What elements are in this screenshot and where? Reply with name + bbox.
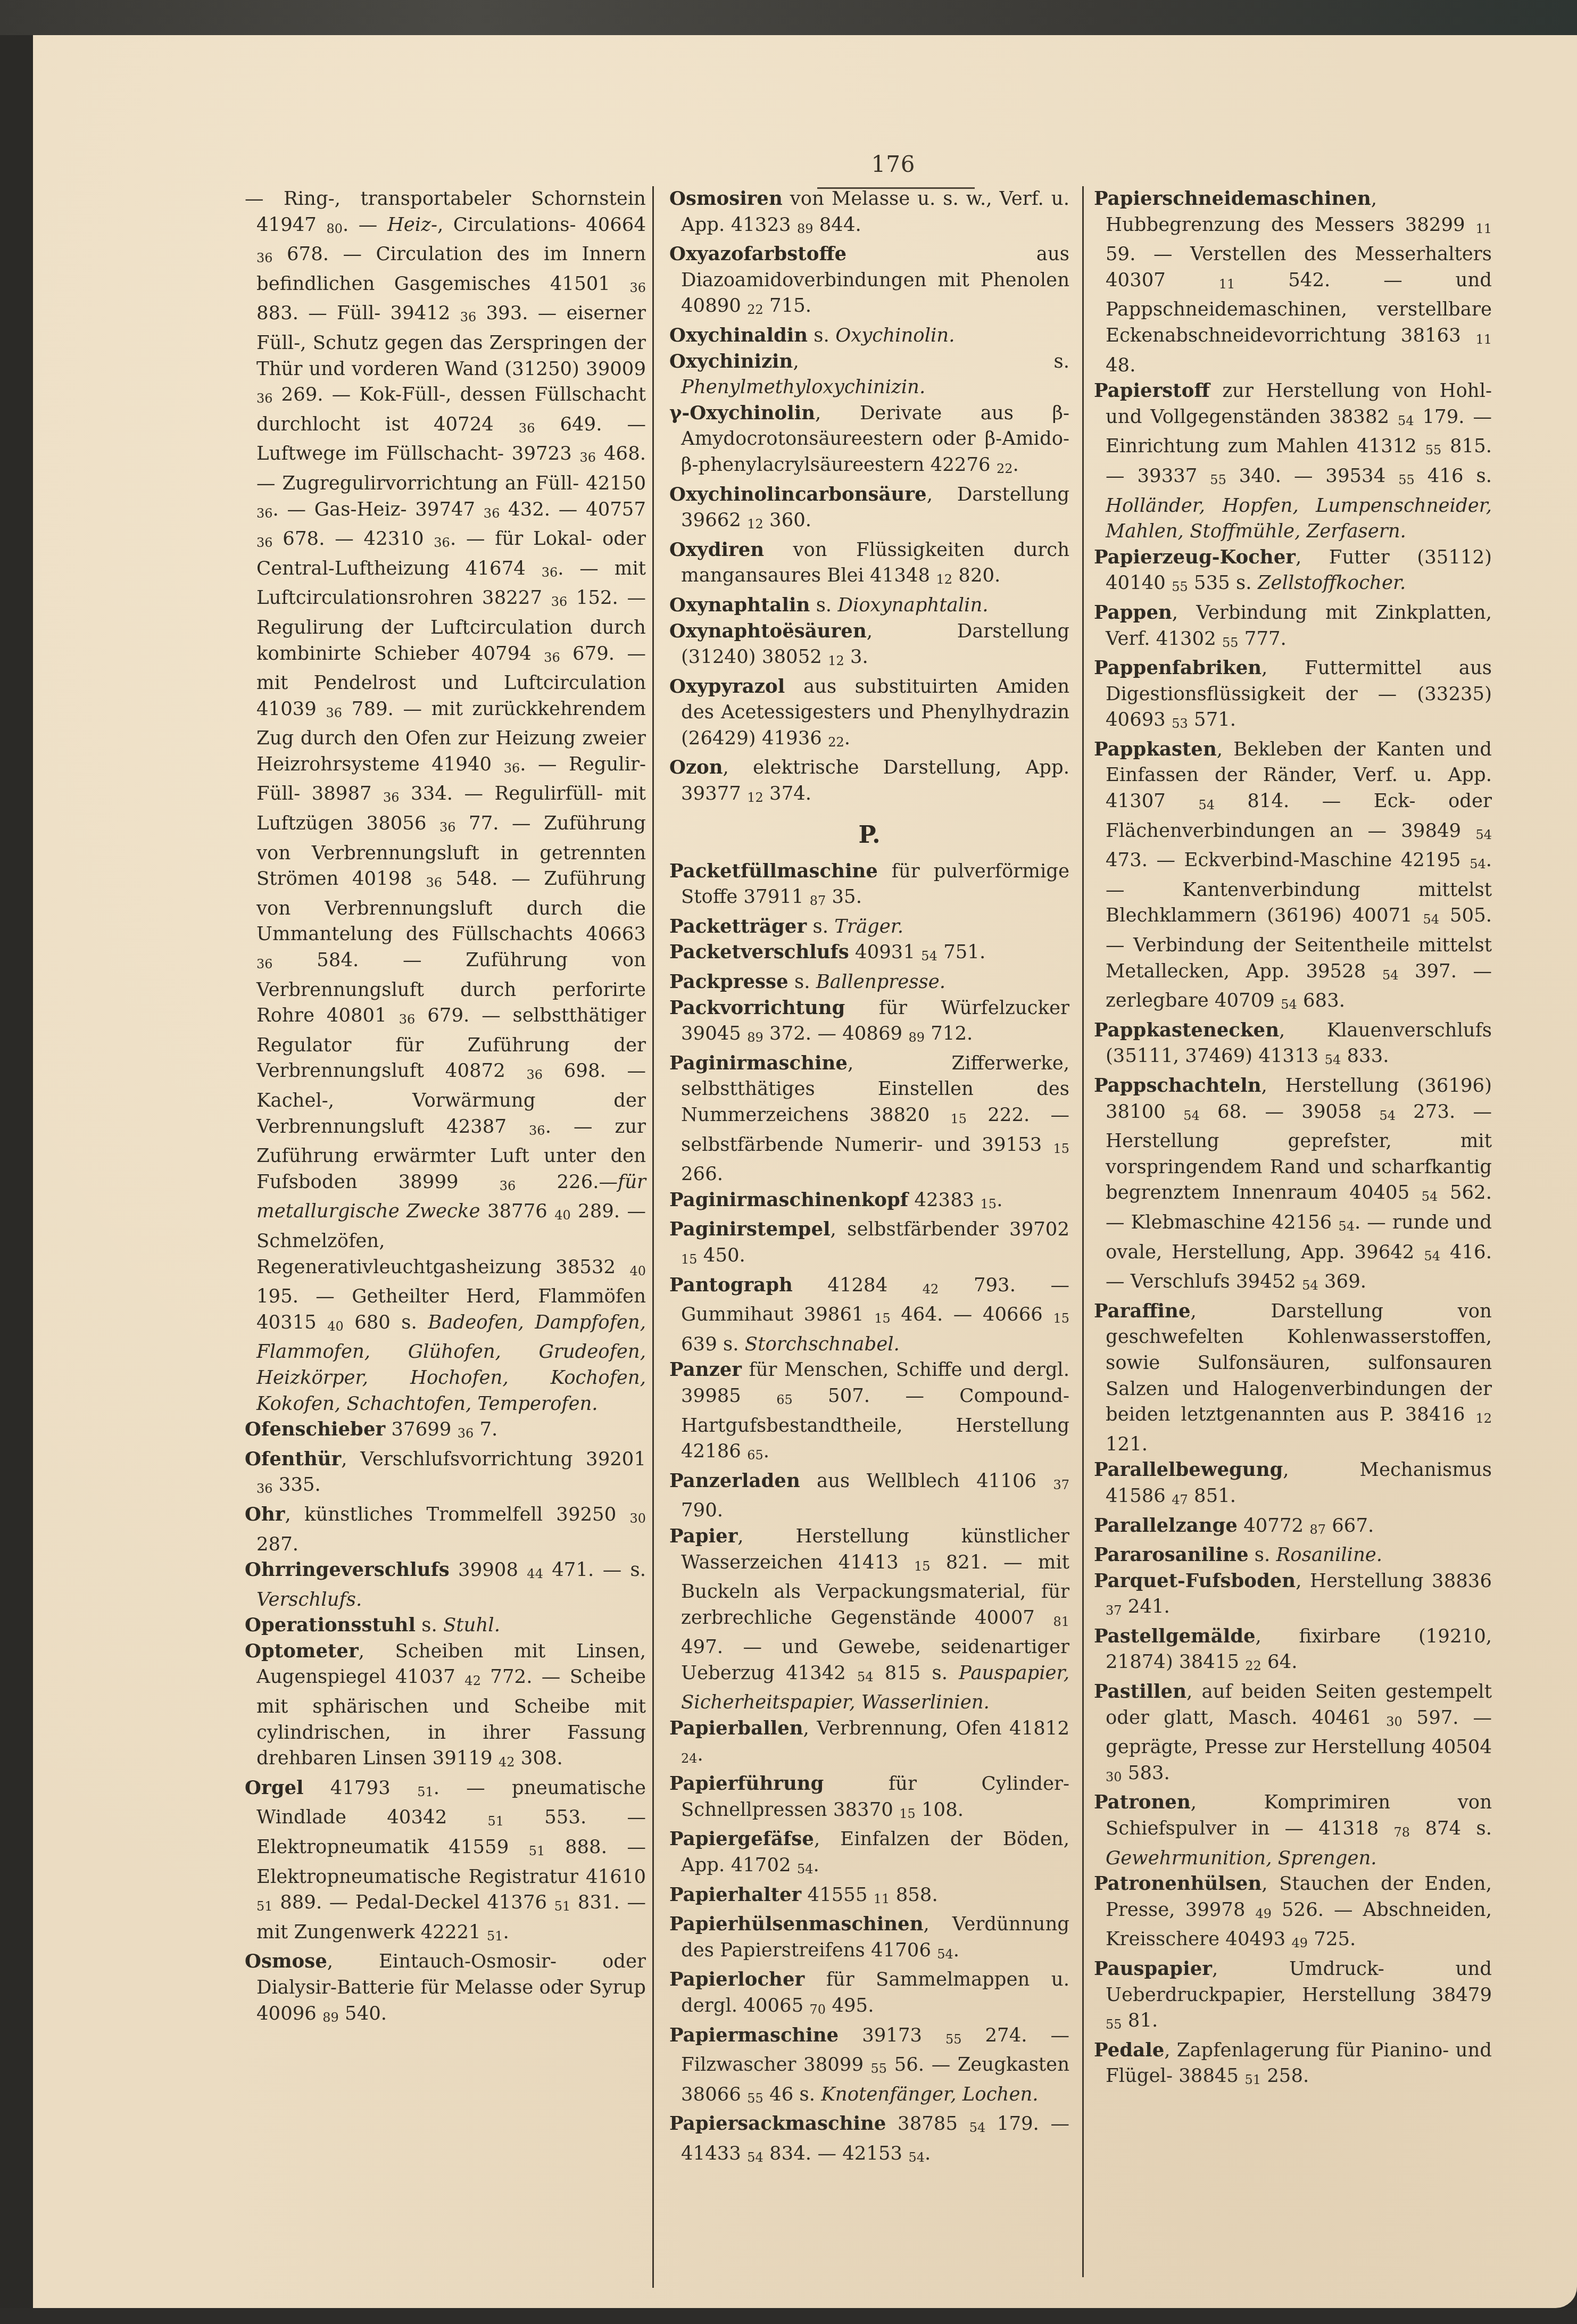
class-number: 36 (551, 594, 568, 609)
entry-text: s. (807, 916, 834, 937)
entry-text: aus Wellblech 41106 (800, 1470, 1053, 1492)
class-number: 36 (458, 1426, 474, 1441)
class-number: 36 (256, 506, 273, 521)
entry-headword: Oxynaphtoësäuren (669, 620, 867, 642)
class-number: 89 (908, 1030, 925, 1045)
index-entry: Pappenfabriken, Futtermittel aus Digesti… (1094, 655, 1492, 737)
class-number: 36 (439, 820, 456, 835)
page-number: 176 (869, 151, 917, 177)
class-number: 54 (1338, 1219, 1355, 1234)
index-entry: Packetträger s. Träger. (669, 914, 1069, 940)
class-number: 49 (1256, 1906, 1272, 1921)
entry-text: 266. (681, 1163, 723, 1185)
entry-text: . (953, 1939, 959, 1961)
column-divider-2 (1082, 186, 1084, 2277)
entry-headword: Osmosiren (669, 188, 783, 210)
class-number: 15 (681, 1252, 698, 1267)
entry-text: 287. (256, 1533, 298, 1555)
entry-headword: Pantograph (669, 1274, 793, 1296)
index-entry: Patronen, Komprimiren von Schiefspulver … (1094, 1790, 1492, 1871)
class-number: 55 (945, 2032, 962, 2047)
entry-text: , elektrische Darstellung, App. 39377 (681, 757, 1069, 804)
entry-headword: Papiergefäfse (669, 1828, 814, 1850)
entry-text: s. (788, 971, 816, 993)
entry-text: 540. (339, 2003, 387, 2024)
class-number: 78 (1394, 1825, 1410, 1840)
class-number: 15 (950, 1111, 967, 1126)
index-entry: Pararosaniline s. Rosaniline. (1094, 1542, 1492, 1568)
entry-headword: Packpresse (669, 971, 788, 993)
class-number: 15 (1053, 1311, 1069, 1326)
entry-headword: Pedale (1094, 2039, 1164, 2061)
class-number: 36 (526, 1067, 543, 1082)
index-entry: Ozon, elektrische Darstellung, App. 3937… (669, 755, 1069, 810)
entry-text: 883. — Füll- 39412 (256, 302, 460, 324)
cross-reference: Rosaniline. (1276, 1544, 1383, 1566)
class-number: 11 (1219, 277, 1235, 292)
class-number: 15 (914, 1559, 931, 1574)
index-column-middle: Osmosiren von Melasse u. s. w., Verf. u.… (669, 186, 1069, 2171)
class-number: 36 (256, 957, 273, 972)
entry-text: 464. — 40666 (891, 1304, 1053, 1325)
entry-headword: Paraffine (1094, 1300, 1190, 1322)
cross-reference: Zellstoffkocher. (1258, 572, 1406, 594)
entry-text: . (844, 727, 850, 749)
entry-text: 535 s. (1188, 572, 1258, 594)
class-number: 22 (828, 735, 844, 750)
entry-text: 369. (1318, 1271, 1366, 1292)
entry-headword: Pappenfabriken (1094, 657, 1261, 679)
index-entry: Papierhülsenmaschinen, Verdünnung des Pa… (669, 1912, 1069, 1967)
class-number: 11 (1475, 221, 1492, 236)
class-number: 36 (460, 310, 477, 325)
entry-text: 858. (890, 1884, 937, 1906)
class-number: 89 (747, 1030, 763, 1045)
entry-text: 450. (698, 1244, 745, 1266)
class-number: 15 (874, 1311, 891, 1326)
entry-text: . — Gas-Heiz- 39747 (273, 499, 484, 520)
index-entry: Panzerladen aus Wellblech 41106 37 790. (669, 1468, 1069, 1524)
class-number: 36 (256, 1481, 273, 1496)
class-number: 87 (1309, 1522, 1326, 1537)
class-number: 12 (828, 653, 844, 668)
index-entry: Patronenhülsen, Stauchen der Enden, Pres… (1094, 1871, 1492, 1956)
class-number: 51 (417, 1784, 434, 1799)
class-number: 30 (629, 1511, 646, 1526)
entry-text: 258. (1261, 2065, 1309, 2087)
entry-text: 751. (937, 941, 985, 963)
entry-text: . — (343, 214, 387, 236)
cross-reference: Storchschnabel. (745, 1333, 900, 1355)
class-number: 44 (527, 1566, 543, 1581)
entry-text: 495. (826, 1995, 874, 2016)
index-entry: Papiermaschine 39173 55 274. — Filzwasch… (669, 2023, 1069, 2112)
class-number: 37 (1106, 1603, 1122, 1618)
class-number: 36 (504, 761, 520, 776)
class-number: 87 (810, 893, 826, 908)
entry-text: 583. (1122, 1762, 1170, 1784)
class-number: 11 (1475, 332, 1492, 347)
cross-reference: Knotenfänger, Lochen. (821, 2084, 1038, 2105)
entry-headword: Papierlocher (669, 1969, 804, 1990)
entry-headword: Papierhülsenmaschinen (669, 1913, 924, 1935)
entry-headword: Ofenthür (245, 1448, 341, 1470)
class-number: 55 (871, 2061, 887, 2076)
entry-headword: Oxyazofarbstoffe (669, 243, 846, 265)
index-entry: γ-Oxychinolin, Derivate aus β-Amydocroto… (669, 401, 1069, 482)
class-number: 36 (383, 790, 400, 805)
index-entry: Osmosiren von Melasse u. s. w., Verf. u.… (669, 186, 1069, 242)
entry-text: 81. (1122, 2010, 1158, 2031)
entry-text: 725. (1308, 1928, 1356, 1950)
class-number: 51 (554, 1899, 571, 1914)
index-entry: Papiergefäfse, Einfalzen der Böden, App.… (669, 1827, 1069, 1882)
index-entry: Papierhalter 41555 11 858. (669, 1882, 1069, 1912)
class-number: 54 (1302, 1278, 1318, 1293)
entry-headword: Ohr (245, 1504, 285, 1525)
entry-text: 335. (273, 1474, 321, 1496)
entry-text: 432. — 40757 (500, 499, 646, 520)
entry-text: 46 s. (763, 2084, 821, 2105)
class-number: 49 (1292, 1936, 1308, 1950)
entry-text: 471. — s. (543, 1559, 646, 1581)
index-entry: Packvorrichtung für Würfelzucker 39045 8… (669, 995, 1069, 1051)
entry-headword: γ-Oxychinolin (669, 402, 815, 424)
class-number: 51 (256, 1899, 273, 1914)
entry-text: . (763, 1440, 769, 1462)
class-number: 36 (484, 506, 500, 521)
entry-text: 680 s. (344, 1312, 428, 1333)
class-number: 22 (997, 461, 1013, 476)
class-number: 81 (1053, 1614, 1069, 1629)
class-number: 54 (1398, 413, 1414, 428)
class-number: 53 (1172, 716, 1188, 731)
entry-headword: Parquet-Fufsboden (1094, 1570, 1296, 1592)
entry-text: 35. (826, 886, 862, 908)
index-entry: Pappen, Verbindung mit Zinkplatten, Verf… (1094, 600, 1492, 655)
entry-headword: Papiermaschine (669, 2024, 839, 2046)
class-number: 47 (1172, 1492, 1188, 1507)
entry-text: 241. (1122, 1596, 1170, 1617)
scan-background-top (0, 0, 1577, 35)
class-number: 54 (1423, 912, 1440, 927)
class-number: 54 (1325, 1052, 1341, 1067)
entry-text: , selbstfärbender 39702 (830, 1218, 1069, 1240)
index-entry: Packetfüllmaschine für pulverförmige Sto… (669, 859, 1069, 914)
entry-headword: Papierhalter (669, 1884, 801, 1906)
class-number: 12 (936, 572, 952, 587)
entry-text: 820. (952, 565, 1000, 586)
entry-headword: Oxychinaldin (669, 325, 808, 346)
scan-background-bottom (0, 2308, 1577, 2324)
entry-text: 68. — 39058 (1200, 1101, 1380, 1123)
class-number: 22 (1245, 1658, 1261, 1673)
entry-text: 416 s. (1415, 465, 1492, 487)
entry-headword: Operationsstuhl (245, 1614, 416, 1636)
index-entry: Pastellgemälde, fixirbare (19210, 21874)… (1094, 1624, 1492, 1679)
index-entry: Orgel 41793 51. — pneumatische Windlade … (245, 1775, 646, 1949)
entry-text: 41555 (801, 1884, 874, 1906)
class-number: 89 (797, 221, 814, 236)
class-number: 54 (1382, 968, 1399, 983)
class-number: 30 (1386, 1714, 1402, 1729)
index-entry: Paginirstempel, selbstfärbender 39702 15… (669, 1217, 1069, 1272)
class-number: 55 (747, 2091, 763, 2106)
class-number: 51 (487, 1929, 503, 1944)
class-number: 54 (969, 2120, 986, 2135)
entry-headword: Packetfüllmaschine (669, 860, 878, 882)
entry-headword: Pauspapier (1094, 1958, 1212, 1980)
entry-headword: Patronenhülsen (1094, 1873, 1261, 1895)
entry-headword: Parallelbewegung (1094, 1459, 1283, 1481)
section-heading: P. (669, 814, 1069, 857)
entry-headword: Optometer (245, 1640, 359, 1662)
entry-text: 38776 (480, 1200, 555, 1222)
index-entry: Pappschachteln, Herstellung (36196) 3810… (1094, 1073, 1492, 1299)
entry-text: 833. (1341, 1045, 1389, 1067)
cross-reference: Träger. (834, 916, 903, 937)
entry-text: 48. (1106, 354, 1135, 376)
class-number: 40 (554, 1208, 571, 1223)
index-entry: Ofenthür, Verschlufsvorrichtung 39201 36… (245, 1447, 646, 1502)
class-number: 55 (1106, 2017, 1122, 2032)
class-number: 55 (1172, 579, 1188, 594)
class-number: 54 (908, 2150, 925, 2165)
class-number: 36 (326, 705, 343, 720)
entry-text: 64. (1261, 1651, 1298, 1673)
entry-text: . (503, 1921, 509, 1943)
cross-reference: Dioxynaphtalin. (837, 594, 988, 616)
entry-text: 678. — 42310 (273, 528, 434, 550)
class-number: 36 (544, 650, 560, 665)
index-column-left: — Ring-, transportabeler Schornstein 419… (245, 186, 646, 2030)
class-number: 80 (326, 221, 343, 236)
index-entry: Paginirmaschinenkopf 42383 15. (669, 1188, 1069, 1217)
cross-reference: Gewehrmunition, Sprengen. (1106, 1847, 1377, 1869)
entry-text: 41793 (304, 1777, 418, 1799)
index-entry: Paraffine, Darstellung von geschwefelten… (1094, 1299, 1492, 1458)
class-number: 36 (529, 1123, 545, 1138)
entry-headword: Panzer (669, 1359, 742, 1381)
index-entry: Ohrringeverschlufs 39908 44 471. — s. Ve… (245, 1557, 646, 1613)
entry-text: 40931 (849, 941, 922, 963)
class-number: 89 (322, 2010, 339, 2025)
class-number: 36 (629, 280, 646, 295)
class-number: 54 (1424, 1249, 1440, 1264)
entry-headword: Pastillen (1094, 1681, 1186, 1703)
index-entry: Papierführung für Cylinder-Schnellpresse… (669, 1771, 1069, 1827)
class-number: 54 (857, 1670, 874, 1684)
entry-headword: Panzerladen (669, 1470, 800, 1492)
class-number: 36 (256, 251, 273, 265)
class-number: 12 (1475, 1411, 1492, 1426)
entry-text: , Circulations- 40664 (437, 214, 646, 236)
entry-headword: Papierzeug-Kocher (1094, 546, 1296, 568)
index-entry: Papierstoff zur Herstellung von Hohl- un… (1094, 378, 1492, 545)
cross-reference: Ballenpresse. (816, 971, 945, 993)
class-number: 36 (426, 875, 442, 890)
class-number: 36 (434, 535, 450, 550)
entry-headword: Ofenschieber (245, 1418, 385, 1440)
class-number: 65 (776, 1392, 793, 1407)
class-number: 36 (542, 565, 558, 580)
entry-headword: Oxypyrazol (669, 676, 785, 698)
column-divider-1 (652, 186, 654, 2288)
entry-text: 844. (813, 214, 861, 236)
entry-text: 37699 (385, 1418, 458, 1440)
class-number: 37 (1053, 1478, 1069, 1492)
index-entry: Oxydiren von Flüssigkeiten durch mangans… (669, 537, 1069, 593)
entry-text: . (997, 1189, 1002, 1211)
entry-headword: Parallelzange (1094, 1515, 1238, 1537)
entry-headword: Pappkastenecken (1094, 1019, 1279, 1041)
entry-text: 121. (1106, 1433, 1148, 1455)
entry-text: . (813, 1854, 819, 1876)
index-entry: Parallelbewegung, Mechanismus 41586 47 8… (1094, 1457, 1492, 1513)
index-entry: Packetverschlufs 40931 54 751. (669, 940, 1069, 969)
entry-text: 667. (1326, 1515, 1374, 1537)
entry-headword: Paginirstempel (669, 1218, 830, 1240)
class-number: 36 (256, 391, 273, 406)
entry-text: 340. — 39534 (1226, 465, 1398, 487)
index-entry: Pappkastenecken, Klauenverschlufs (35111… (1094, 1018, 1492, 1073)
index-entry: Papiersackmaschine 38785 54 179. — 41433… (669, 2111, 1069, 2170)
class-number: 51 (529, 1844, 545, 1858)
index-entry: Papierzeug-Kocher, Futter (35112) 40140 … (1094, 545, 1492, 600)
index-entry: Osmose, Eintauch-Osmosir- oder Dialysir-… (245, 1949, 646, 2030)
cross-reference: Verschlufs. (256, 1589, 362, 1611)
entry-text: 715. (763, 295, 811, 317)
class-number: 55 (1210, 472, 1226, 487)
entry-text: 473. — Eckverbind-Maschine 42195 (1106, 849, 1470, 871)
index-entry: Oxynaphtalin s. Dioxynaphtalin. (669, 593, 1069, 619)
entry-text: , Verbrennung, Ofen 41812 (803, 1717, 1069, 1739)
class-number: 36 (500, 1178, 516, 1193)
class-number: 36 (519, 421, 535, 436)
class-number: 54 (1475, 827, 1492, 842)
class-number: 11 (874, 1891, 890, 1906)
entry-text: s. (416, 1614, 443, 1636)
class-number: 15 (981, 1197, 997, 1211)
entry-headword: Packetverschlufs (669, 941, 849, 963)
entry-text: 108. (916, 1799, 964, 1821)
class-number: 54 (1183, 1108, 1200, 1123)
index-entry: Pauspapier, Umdruck- und Ueberdruckpapie… (1094, 1956, 1492, 2038)
entry-text: 571. (1188, 709, 1236, 731)
class-number: 22 (747, 302, 763, 317)
entry-headword: Paginirmaschinenkopf (669, 1189, 908, 1211)
cross-reference: Oxychinolin. (835, 325, 954, 346)
entry-headword: Papierschneidemaschinen (1094, 188, 1371, 210)
index-entry: Pedale, Zapfenlagerung für Pianino- und … (1094, 2038, 1492, 2093)
entry-text: 374. (763, 783, 811, 804)
entry-headword: Pappen (1094, 602, 1172, 624)
index-entry: Panzer für Menschen, Schiffe und dergl. … (669, 1357, 1069, 1468)
index-entry: Oxynaphtoësäuren, Darstellung (31240) 38… (669, 619, 1069, 674)
class-number: 40 (327, 1319, 344, 1334)
entry-headword: Osmose (245, 1950, 327, 1972)
entry-text: 360. (763, 509, 811, 531)
class-number: 36 (256, 535, 273, 550)
class-number: 36 (580, 450, 596, 465)
entry-headword: Packvorrichtung (669, 997, 845, 1019)
entry-text: 308. (515, 1747, 563, 1769)
class-number: 15 (899, 1806, 916, 1821)
class-number: 54 (937, 1947, 953, 1962)
index-entry: Papierballen, Verbrennung, Ofen 41812 24… (669, 1716, 1069, 1771)
entry-text: 372. — 40869 (763, 1023, 909, 1044)
class-number: 40 (629, 1264, 646, 1279)
class-number: 55 (1222, 635, 1239, 650)
index-entry: Packpresse s. Ballenpresse. (669, 969, 1069, 995)
entry-headword: Pappkasten (1094, 738, 1217, 760)
index-entry: Operationsstuhl s. Stuhl. (245, 1613, 646, 1639)
entry-headword: Ozon (669, 757, 723, 778)
entry-headword: Oxychinizin (669, 351, 793, 372)
class-number: 42 (464, 1673, 481, 1688)
class-number: 24 (681, 1751, 698, 1766)
class-number: 55 (1398, 472, 1415, 487)
class-number: 30 (1106, 1770, 1122, 1784)
entry-text: 790. (681, 1499, 723, 1521)
class-number: 15 (1053, 1141, 1069, 1156)
class-number: 12 (747, 517, 763, 532)
index-entry: Papierschneidemaschinen, Hubbegrenzung d… (1094, 186, 1492, 378)
index-entry: Papierlocher für Sammelmappen u. dergl. … (669, 1967, 1069, 2022)
entry-headword: Orgel (245, 1777, 304, 1799)
cross-reference: Holländer, Hopfen, Lumpenschneider, Mahl… (1106, 495, 1492, 543)
class-number: 42 (499, 1755, 515, 1770)
cross-reference: Phenylmethyloxychinizin. (681, 376, 925, 398)
entry-text: 777. (1239, 628, 1286, 650)
entry-headword: Patronen (1094, 1791, 1191, 1813)
entry-text: 889. — Pedal-Deckel 41376 (273, 1891, 554, 1913)
class-number: 65 (747, 1448, 763, 1463)
class-number: 51 (487, 1814, 504, 1829)
entry-text: 38785 (886, 2113, 969, 2135)
entry-text: 874 s. (1410, 1817, 1492, 1839)
cross-reference: Heiz- (387, 214, 437, 236)
entry-text: 683. (1297, 990, 1345, 1011)
entry-text: 639 s. (681, 1333, 745, 1355)
entry-headword: Papierballen (669, 1717, 803, 1739)
entry-text: , künstliches Trommelfell 39250 (285, 1504, 629, 1525)
entry-headword: Papierstoff (1094, 380, 1210, 402)
entry-text: s. (810, 594, 837, 616)
entry-text: . (1012, 454, 1018, 476)
index-entry: Oxychinaldin s. Oxychinolin. (669, 323, 1069, 349)
entry-headword: Pastellgemälde (1094, 1625, 1256, 1647)
class-number: 54 (1470, 857, 1486, 871)
class-number: 54 (921, 949, 937, 964)
index-entry-continuation: — Ring-, transportabeler Schornstein 419… (245, 186, 646, 1417)
index-entry: Oxychinizin, s. Phenylmethyloxychinizin. (669, 349, 1069, 401)
entry-headword: Papierführung (669, 1773, 824, 1795)
entry-text: s. (808, 325, 835, 346)
entry-text: , Verschlufsvorrichtung 39201 (341, 1448, 646, 1470)
index-entry: Pappkasten, Bekleben der Kanten und Einf… (1094, 737, 1492, 1018)
index-entry: Oxychinolincarbonsäure, Darstellung 3966… (669, 482, 1069, 537)
index-column-right: Papierschneidemaschinen, Hubbegrenzung d… (1094, 186, 1492, 2093)
index-entry: Optometer, Scheiben mit Linsen, Augenspi… (245, 1639, 646, 1775)
entry-headword: Oxychinolincarbonsäure (669, 484, 927, 505)
class-number: 42 (923, 1282, 939, 1297)
entry-text: 815 s. (874, 1662, 959, 1684)
entry-text: 39908 (450, 1559, 527, 1581)
class-number: 54 (1379, 1108, 1396, 1123)
entry-text: 41284 (793, 1274, 923, 1296)
class-number: 36 (399, 1012, 416, 1027)
